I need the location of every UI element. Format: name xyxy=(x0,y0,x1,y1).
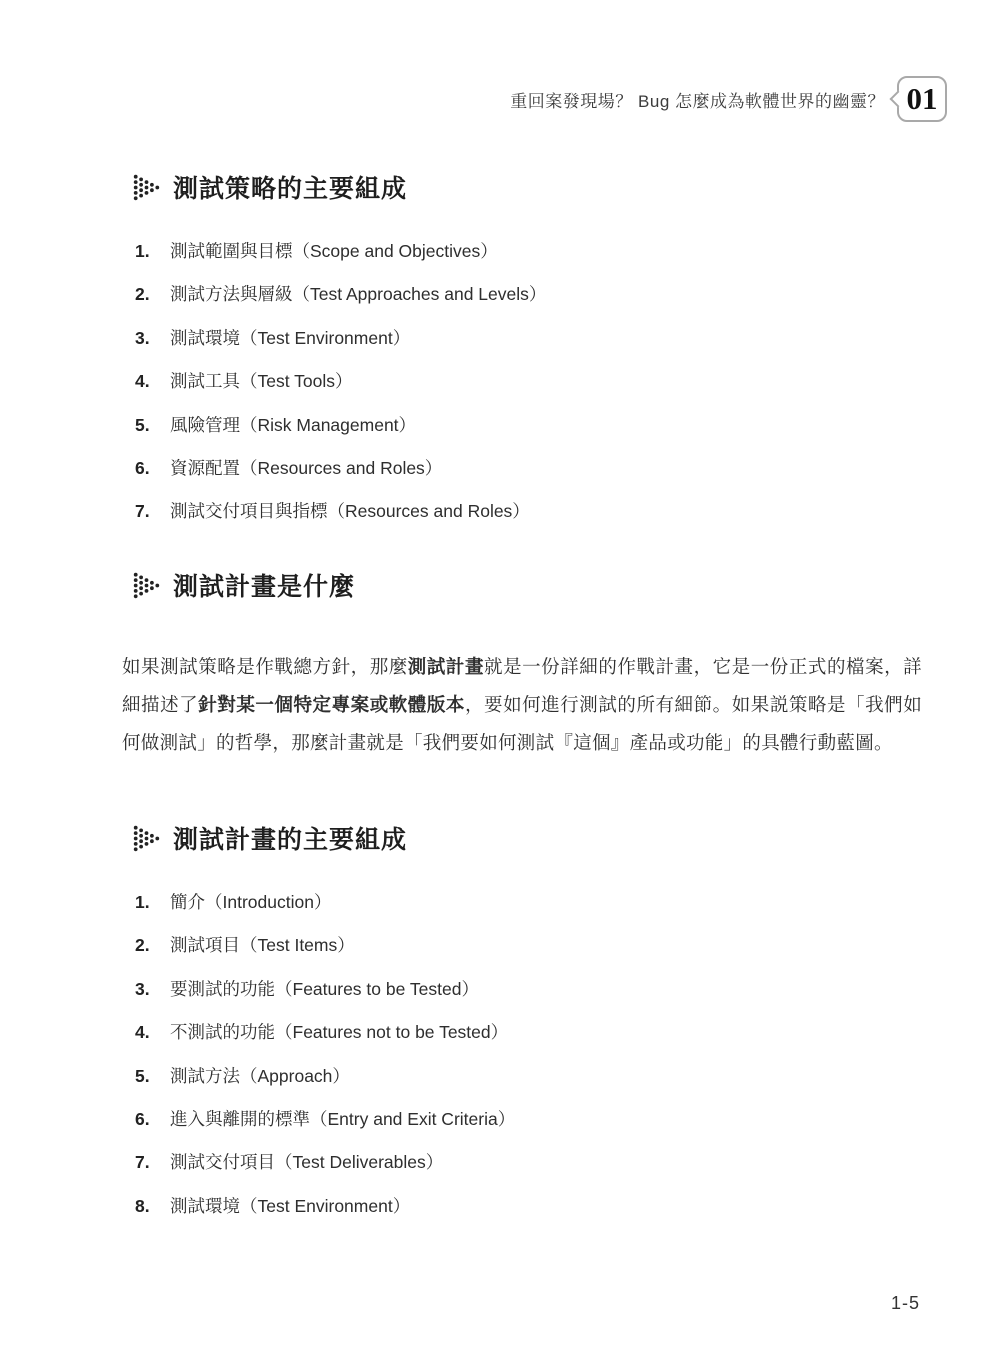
section-heading-text: 測試策略的主要組成 xyxy=(173,169,407,205)
emphasis-text: 針對某一個特定專案或軟體版本 xyxy=(198,694,465,715)
page-header: 重回案發現場？ Bug 怎麼成為軟體世界的幽靈？ 01 xyxy=(510,76,947,122)
section-heading-text: 測試計畫是什麼 xyxy=(173,567,355,603)
dotted-triangle-icon xyxy=(133,572,160,599)
list-item: 1.簡介（Introduction） xyxy=(135,889,515,915)
list-item-text: 測試工具（Test Tools） xyxy=(170,368,353,394)
list-item-number: 5. xyxy=(135,1063,170,1089)
list-item-text: 測試交付項目與指標（Resources and Roles） xyxy=(170,498,530,524)
book-page: 重回案發現場？ Bug 怎麼成為軟體世界的幽靈？ 01 測試策略的主要組成 1.… xyxy=(0,0,1000,1353)
list-item: 3.要測試的功能（Features to be Tested） xyxy=(135,976,515,1002)
list-item-number: 1. xyxy=(135,238,170,264)
list-item-text: 要測試的功能（Features to be Tested） xyxy=(170,976,479,1002)
list-item: 5.風險管理（Risk Management） xyxy=(135,412,546,438)
test-strategy-components-list: 1.測試範圍與目標（Scope and Objectives） 2.測試方法與層… xyxy=(135,238,546,542)
list-item-number: 3. xyxy=(135,325,170,351)
chapter-title: 重回案發現場？ Bug 怎麼成為軟體世界的幽靈？ xyxy=(510,87,885,112)
section-heading-test-plan-components: 測試計畫的主要組成 xyxy=(133,820,407,856)
list-item: 4.測試工具（Test Tools） xyxy=(135,368,546,394)
list-item: 7.測試交付項目（Test Deliverables） xyxy=(135,1149,515,1175)
list-item-text: 測試項目（Test Items） xyxy=(170,932,355,958)
list-item: 3.測試環境（Test Environment） xyxy=(135,325,546,351)
list-item: 1.測試範圍與目標（Scope and Objectives） xyxy=(135,238,546,264)
list-item-text: 不測試的功能（Features not to be Tested） xyxy=(170,1019,508,1045)
list-item-text: 測試範圍與目標（Scope and Objectives） xyxy=(170,238,498,264)
body-text: 如果測試策略是作戰總方針，那麼 xyxy=(122,656,408,677)
list-item: 7.測試交付項目與指標（Resources and Roles） xyxy=(135,498,546,524)
list-item: 2.測試方法與層級（Test Approaches and Levels） xyxy=(135,281,546,307)
list-item-text: 風險管理（Risk Management） xyxy=(170,412,416,438)
list-item-number: 8. xyxy=(135,1193,170,1219)
list-item: 6.進入與離開的標準（Entry and Exit Criteria） xyxy=(135,1106,515,1132)
list-item-text: 測試方法（Approach） xyxy=(170,1063,350,1089)
emphasis-text: 測試計畫 xyxy=(408,656,484,677)
list-item-number: 2. xyxy=(135,281,170,307)
list-item-number: 2. xyxy=(135,932,170,958)
list-item: 2.測試項目（Test Items） xyxy=(135,932,515,958)
list-item-number: 7. xyxy=(135,498,170,524)
section-heading-test-strategy-components: 測試策略的主要組成 xyxy=(133,169,407,205)
list-item-text: 進入與離開的標準（Entry and Exit Criteria） xyxy=(170,1106,515,1132)
list-item-text: 測試交付項目（Test Deliverables） xyxy=(170,1149,443,1175)
list-item-number: 3. xyxy=(135,976,170,1002)
list-item-text: 簡介（Introduction） xyxy=(170,889,331,915)
list-item: 6.資源配置（Resources and Roles） xyxy=(135,455,546,481)
chapter-number-badge: 01 xyxy=(897,76,947,122)
dotted-triangle-icon xyxy=(133,174,160,201)
section-heading-text: 測試計畫的主要組成 xyxy=(173,820,407,856)
list-item-text: 資源配置（Resources and Roles） xyxy=(170,455,442,481)
list-item-number: 1. xyxy=(135,889,170,915)
list-item-number: 5. xyxy=(135,412,170,438)
dotted-triangle-icon xyxy=(133,825,160,852)
list-item-number: 4. xyxy=(135,1019,170,1045)
list-item-number: 6. xyxy=(135,1106,170,1132)
list-item-number: 4. xyxy=(135,368,170,394)
test-plan-description-paragraph: 如果測試策略是作戰總方針，那麼測試計畫就是一份詳細的作戰計畫，它是一份正式的檔案… xyxy=(122,648,922,762)
test-plan-components-list: 1.簡介（Introduction） 2.測試項目（Test Items） 3.… xyxy=(135,889,515,1236)
list-item-number: 7. xyxy=(135,1149,170,1175)
list-item-text: 測試環境（Test Environment） xyxy=(170,325,410,351)
list-item: 8.測試環境（Test Environment） xyxy=(135,1193,515,1219)
list-item: 5.測試方法（Approach） xyxy=(135,1063,515,1089)
list-item: 4.不測試的功能（Features not to be Tested） xyxy=(135,1019,515,1045)
list-item-number: 6. xyxy=(135,455,170,481)
list-item-text: 測試方法與層級（Test Approaches and Levels） xyxy=(170,281,546,307)
list-item-text: 測試環境（Test Environment） xyxy=(170,1193,410,1219)
page-number: 1-5 xyxy=(891,1293,920,1314)
section-heading-what-is-test-plan: 測試計畫是什麼 xyxy=(133,567,355,603)
chapter-number: 01 xyxy=(907,81,938,117)
